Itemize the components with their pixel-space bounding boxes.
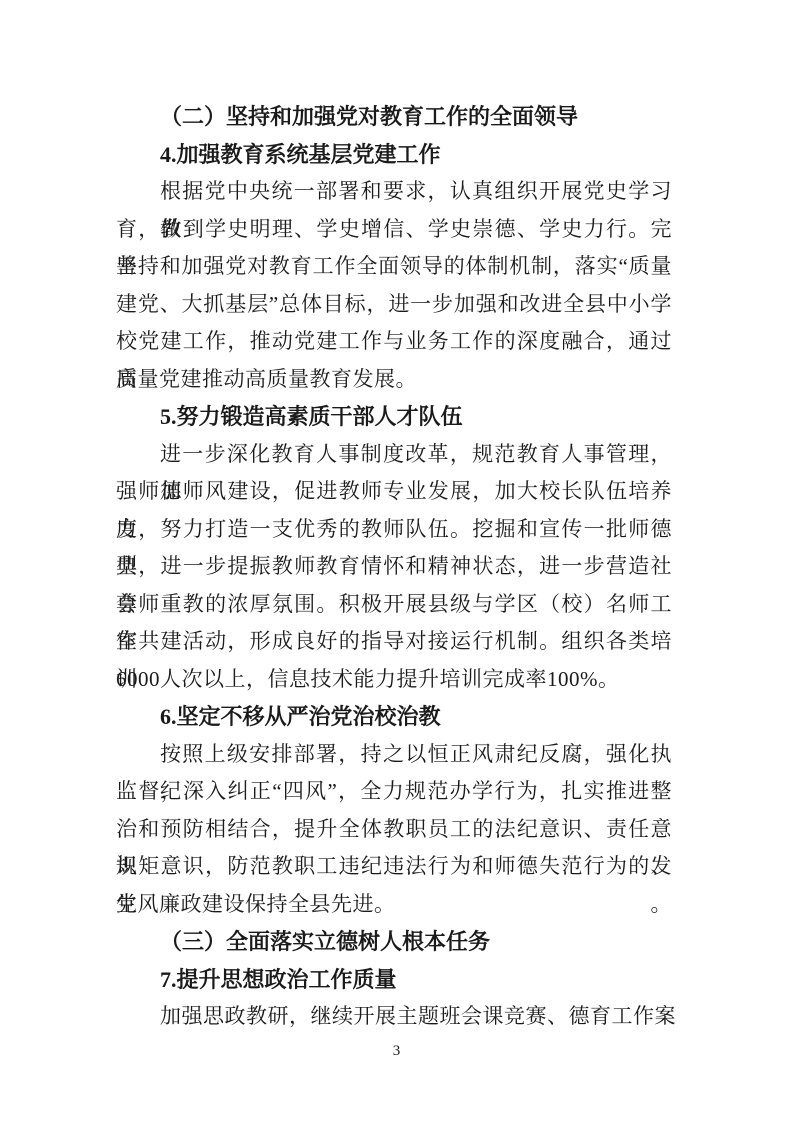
item-heading-4: 4.加强教育系统基层党建工作 xyxy=(116,136,672,174)
document-page: （二）坚持和加强党对教育工作的全面领导 4.加强教育系统基层党建工作 根据党中央… xyxy=(0,0,793,1122)
document-body: （二）坚持和加强党对教育工作的全面领导 4.加强教育系统基层党建工作 根据党中央… xyxy=(116,98,672,1036)
body-line: 6000人次以上，信息技术能力提升培训完成率100%。 xyxy=(116,661,672,699)
section-heading-2: （二）坚持和加强党对教育工作的全面领导 xyxy=(116,98,672,136)
section-heading-3: （三）全面落实立德树人根本任务 xyxy=(116,923,672,961)
body-line: 加强思政教研，继续开展主题班会课竞赛、德育工作案 xyxy=(116,998,672,1036)
body-line: 质量党建推动高质量教育发展。 xyxy=(116,361,672,399)
item-heading-7: 7.提升思想政治工作质量 xyxy=(116,961,672,999)
body-line: 尊师重教的浓厚氛围。积极开展县级与学区（校）名师工作 xyxy=(116,586,672,624)
body-line: 室共建活动，形成良好的指导对接运行机制。组织各类培训 xyxy=(116,623,672,661)
body-line: 治和预防相结合，提升全体教职员工的法纪意识、责任意识、 xyxy=(116,811,672,849)
item-heading-5: 5.努力锻造高素质干部人才队伍 xyxy=(116,398,672,436)
item-heading-6: 6.坚定不移从严治党治校治教 xyxy=(116,698,672,736)
body-line: 规矩意识，防范教职工违纪违法行为和师德失范行为的发生。 xyxy=(116,848,672,886)
body-line: 进一步深化教育人事制度改革，规范教育人事管理，加 xyxy=(116,436,672,474)
body-line: 型，进一步提振教师教育情怀和精神状态，进一步营造社会 xyxy=(116,548,672,586)
body-line: 根据党中央统一部署和要求，认真组织开展党史学习教 xyxy=(116,173,672,211)
body-line: 监督，深入纠正“四风”，全力规范办学行为，扎实推进整 xyxy=(116,773,672,811)
body-line: 建党、大抓基层”总体目标，进一步加强和改进全县中小学 xyxy=(116,286,672,324)
body-line: 按照上级安排部署，持之以恒正风肃纪反腐，强化执纪 xyxy=(116,736,672,774)
body-line: 校党建工作，推动党建工作与业务工作的深度融合，通过高 xyxy=(116,323,672,361)
body-line: 度，努力打造一支优秀的教师队伍。挖掘和宣传一批师德典 xyxy=(116,511,672,549)
body-line: 强师德师风建设，促进教师专业发展，加大校长队伍培养力 xyxy=(116,473,672,511)
body-line: 坚持和加强党对教育工作全面领导的体制机制，落实“质量 xyxy=(116,248,672,286)
body-line: 育，做到学史明理、学史增信、学史崇德、学史力行。完善 xyxy=(116,211,672,249)
page-number: 3 xyxy=(0,1040,793,1062)
